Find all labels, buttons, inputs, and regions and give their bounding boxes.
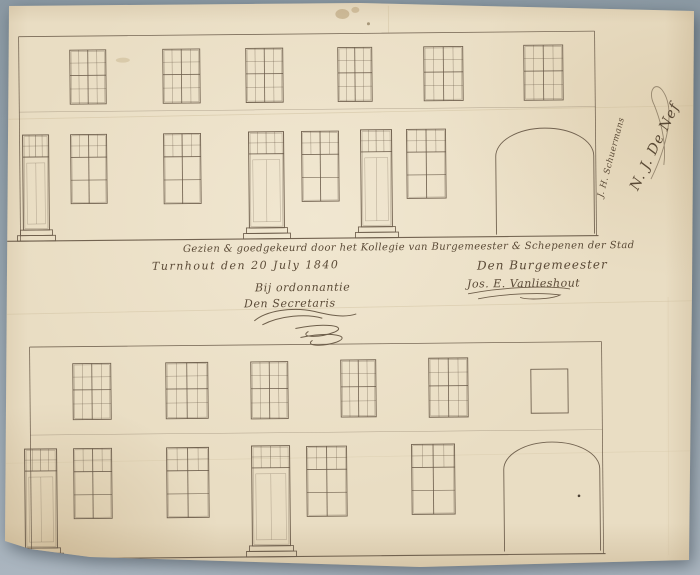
mullion	[188, 448, 189, 518]
mullion	[426, 129, 427, 198]
muntin	[82, 364, 83, 420]
muntin	[255, 48, 256, 102]
muntin	[453, 47, 454, 101]
muntin	[197, 362, 198, 418]
muntin	[97, 50, 98, 104]
muntin	[433, 47, 434, 101]
muntin	[101, 363, 102, 419]
mullion	[355, 47, 356, 101]
facade-left	[19, 37, 21, 241]
muntin	[273, 48, 274, 102]
muntin	[349, 360, 350, 417]
facade-right	[602, 342, 604, 554]
mullion	[187, 363, 188, 419]
door-plinth	[20, 553, 64, 559]
mullion	[320, 131, 321, 201]
mayor-title: Den Burgemeester	[477, 257, 608, 272]
top-elevation	[5, 31, 599, 241]
door-panel-line	[41, 477, 42, 542]
muntin	[190, 49, 191, 103]
door-panel-line	[36, 163, 37, 224]
stain	[351, 7, 359, 13]
muntin	[278, 362, 279, 419]
mullion	[448, 358, 449, 417]
mullion	[93, 448, 94, 518]
drawing-sheet: Gezien & goedgekeurd door het Kollegie v…	[0, 0, 700, 575]
muntin	[438, 358, 439, 417]
mullion	[88, 50, 89, 104]
secretary-title: Den Secretaris	[244, 297, 336, 311]
mullion	[433, 444, 434, 514]
ink-speck	[578, 494, 581, 497]
door-plinth	[17, 235, 55, 241]
facade-top	[19, 31, 595, 37]
muntin	[260, 362, 261, 419]
muntin	[533, 45, 534, 100]
mullion	[443, 47, 444, 101]
muntin	[79, 50, 80, 104]
mullion	[264, 48, 265, 102]
arch-gateway	[504, 442, 601, 552]
muntin	[346, 48, 347, 102]
muntin	[367, 360, 368, 417]
door-panel-line	[271, 474, 272, 540]
facade-right	[595, 31, 597, 235]
mullion	[182, 134, 183, 204]
muntin	[458, 358, 459, 417]
door-plinth	[358, 227, 395, 233]
ground-line	[18, 554, 606, 560]
mullion	[358, 360, 359, 417]
floor-line	[30, 430, 602, 435]
stain	[116, 58, 130, 63]
mullion	[89, 135, 90, 204]
arch-gateway	[495, 128, 594, 235]
fold-crease	[5, 301, 696, 315]
muntin	[172, 49, 173, 103]
door-plinth	[20, 230, 52, 236]
muntin	[176, 363, 177, 419]
secretary-signature	[254, 309, 356, 346]
door-plinth	[22, 548, 60, 554]
mullion	[92, 363, 93, 419]
plain-window	[531, 369, 568, 413]
mullion	[181, 49, 182, 103]
mayor-signature: Jos. E. Vanlieshout	[467, 277, 580, 291]
bottom-elevation	[16, 342, 606, 560]
door-plinth	[246, 228, 287, 234]
door-plinth	[249, 546, 293, 552]
scan-background: Gezien & goedgekeurd door het Kollegie v…	[0, 0, 700, 575]
stain	[335, 9, 349, 19]
door-panel-line	[376, 158, 377, 221]
muntin	[363, 47, 364, 101]
facade-left	[30, 347, 32, 559]
muntin	[553, 45, 554, 100]
mullion	[269, 362, 270, 419]
approval-line2: Turnhout den 20 July 1840	[152, 258, 339, 273]
facade-top	[30, 342, 602, 347]
by-order-label: Bij ordonnantie	[255, 281, 350, 295]
mullion	[327, 446, 328, 516]
drawing-sheet-wrap: Gezien & goedgekeurd door het Kollegie v…	[0, 0, 700, 575]
mullion	[543, 45, 544, 100]
stain	[367, 22, 370, 25]
fold-crease	[4, 106, 693, 120]
door-panel-line	[266, 160, 267, 222]
fold-crease	[666, 297, 670, 555]
